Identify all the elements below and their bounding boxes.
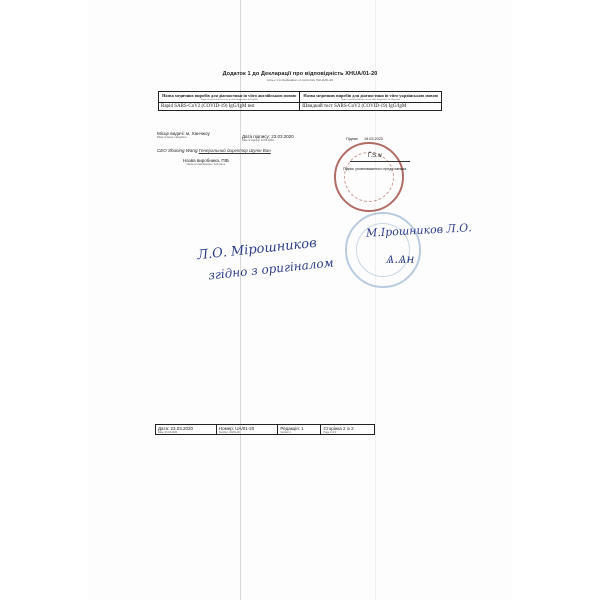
page-fold-line bbox=[375, 0, 376, 600]
product-name-ua: Швидкий тест SARS-CoV2 (COVID-19) IgG/Ig… bbox=[300, 103, 442, 111]
stamp-sign-mark: Ѓ.Ѕ.ѡ bbox=[368, 153, 382, 159]
product-table-header-en: Назва медичних виробів для діагностики i… bbox=[159, 92, 300, 103]
footer-revision: Редакція: 1 Version 1 bbox=[278, 425, 321, 435]
document-title: Додаток 1 до Декларації про відповідніст… bbox=[0, 71, 600, 77]
stamp-date: 19.03.2020 bbox=[364, 137, 383, 141]
footer-table: Дата: 23.03.2020 Date: 23.03.2020 Номер:… bbox=[155, 424, 375, 435]
document-subtitle: Annex 1 to Declaration of conformity XHU… bbox=[0, 78, 600, 82]
ceo-line: CEO Shuning Wang Генеральний директор Шу… bbox=[157, 148, 271, 153]
product-table-header-ua: Назва медичних виробів для діагностики i… bbox=[300, 92, 442, 103]
stamp-representative-label: Підпис уповноваженого представника bbox=[343, 167, 406, 171]
date-of-signing: Дата підпису: 23.03.2020 Date of signing… bbox=[242, 134, 294, 142]
scanned-page bbox=[88, 0, 512, 600]
signature-line bbox=[350, 161, 410, 162]
stamp-signed-label: Підпис bbox=[346, 137, 358, 141]
footer-date: Дата: 23.03.2020 Date: 23.03.2020 bbox=[156, 425, 217, 435]
handwritten-signature: Ѧ.Ѧн bbox=[386, 252, 414, 267]
blue-stamp bbox=[345, 212, 421, 288]
product-name-en: Rapid SARS-CoV2 (COVID-19) IgG/IgM test bbox=[159, 103, 300, 111]
product-table: Назва медичних виробів для діагностики i… bbox=[158, 91, 442, 111]
footer-number: Номер: UA/01-20 Number: UA/01-20 bbox=[216, 425, 277, 435]
page-fold-line bbox=[240, 0, 241, 600]
footer-page: Сторінка 2 із 2 Page 2 of 2 bbox=[321, 425, 375, 435]
place-of-issue: Місце видачі: м. Ханчжоу Place of issue:… bbox=[157, 131, 210, 139]
manufacturer-field: Назва виробника, ПІБ Name of manufacture… bbox=[183, 158, 229, 166]
